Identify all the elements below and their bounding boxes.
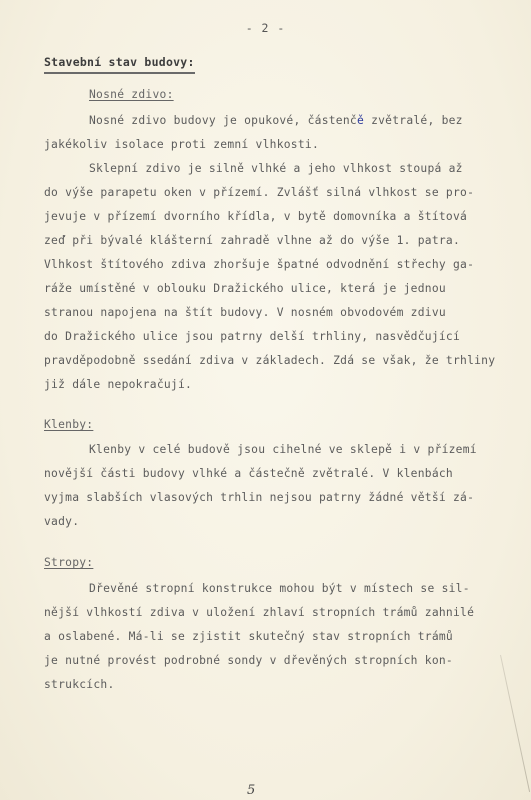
paragraph-line: vyjma slabších vlasových trhlin nejsou p… [44,491,474,504]
handwritten-mark: 5 [247,783,255,798]
paragraph-line: pravděpodobně ssedání zdiva v základech.… [44,354,495,367]
document-heading: Stavební stav budovy: [44,55,195,69]
paragraph-line: Klenby v celé budově jsou cihelné ve skl… [89,443,477,456]
page-number: - 2 - [0,21,531,35]
ink-correction: ě [357,114,364,127]
paragraph-line: je nutné provést podrobné sondy v dřevěn… [44,654,453,667]
paragraph-line: jakékoliv isolace proti zemní vlhkosti. [44,138,319,151]
paragraph-line: Vlhkost štítového zdiva zhoršuje špatné … [44,258,474,271]
section-title-nosne-zdivo: Nosné zdivo: [89,88,174,101]
paragraph-line: ráže umístěné v oblouku Dražického ulice… [44,282,446,295]
section-title-klenby: Klenby: [44,418,93,431]
heading-underline [44,72,195,74]
paragraph-line: do výše parapetu oken v přízemí. Zvlášť … [44,186,474,199]
paragraph-line: jevuje v přízemí dvorního křídla, v bytě… [44,210,467,223]
paragraph-line: do Dražického ulice jsou patrny delší tr… [44,330,460,343]
paragraph-line: a oslabené. Má-li se zjistit skutečný st… [44,630,453,643]
paragraph-line: strukcích. [44,678,115,691]
paragraph-line: již dále nepokračují. [44,378,192,391]
paragraph-line: nější vlhkostí zdiva v uložení zhlaví st… [44,606,474,619]
document-page: - 2 - Stavební stav budovy: Nosné zdivo:… [0,0,531,800]
paragraph-line: Sklepní zdivo je silně vlhké a jeho vlhk… [89,162,463,175]
paragraph-line: vady. [44,515,79,528]
paragraph-line: Nosné zdivo budovy je opukové, částenčě … [89,114,463,127]
paragraph-line: Dřevěné stropní konstrukce mohou být v m… [89,582,470,595]
section-title-stropy: Stropy: [44,556,93,569]
paper-crease [500,655,530,792]
paragraph-line: stranou napojena na štít budovy. V nosné… [44,306,446,319]
paragraph-line: novější části budovy vlhké a částečně zv… [44,467,453,480]
paragraph-line: zeď při bývalé klášterní zahradě vlhne a… [44,234,460,247]
